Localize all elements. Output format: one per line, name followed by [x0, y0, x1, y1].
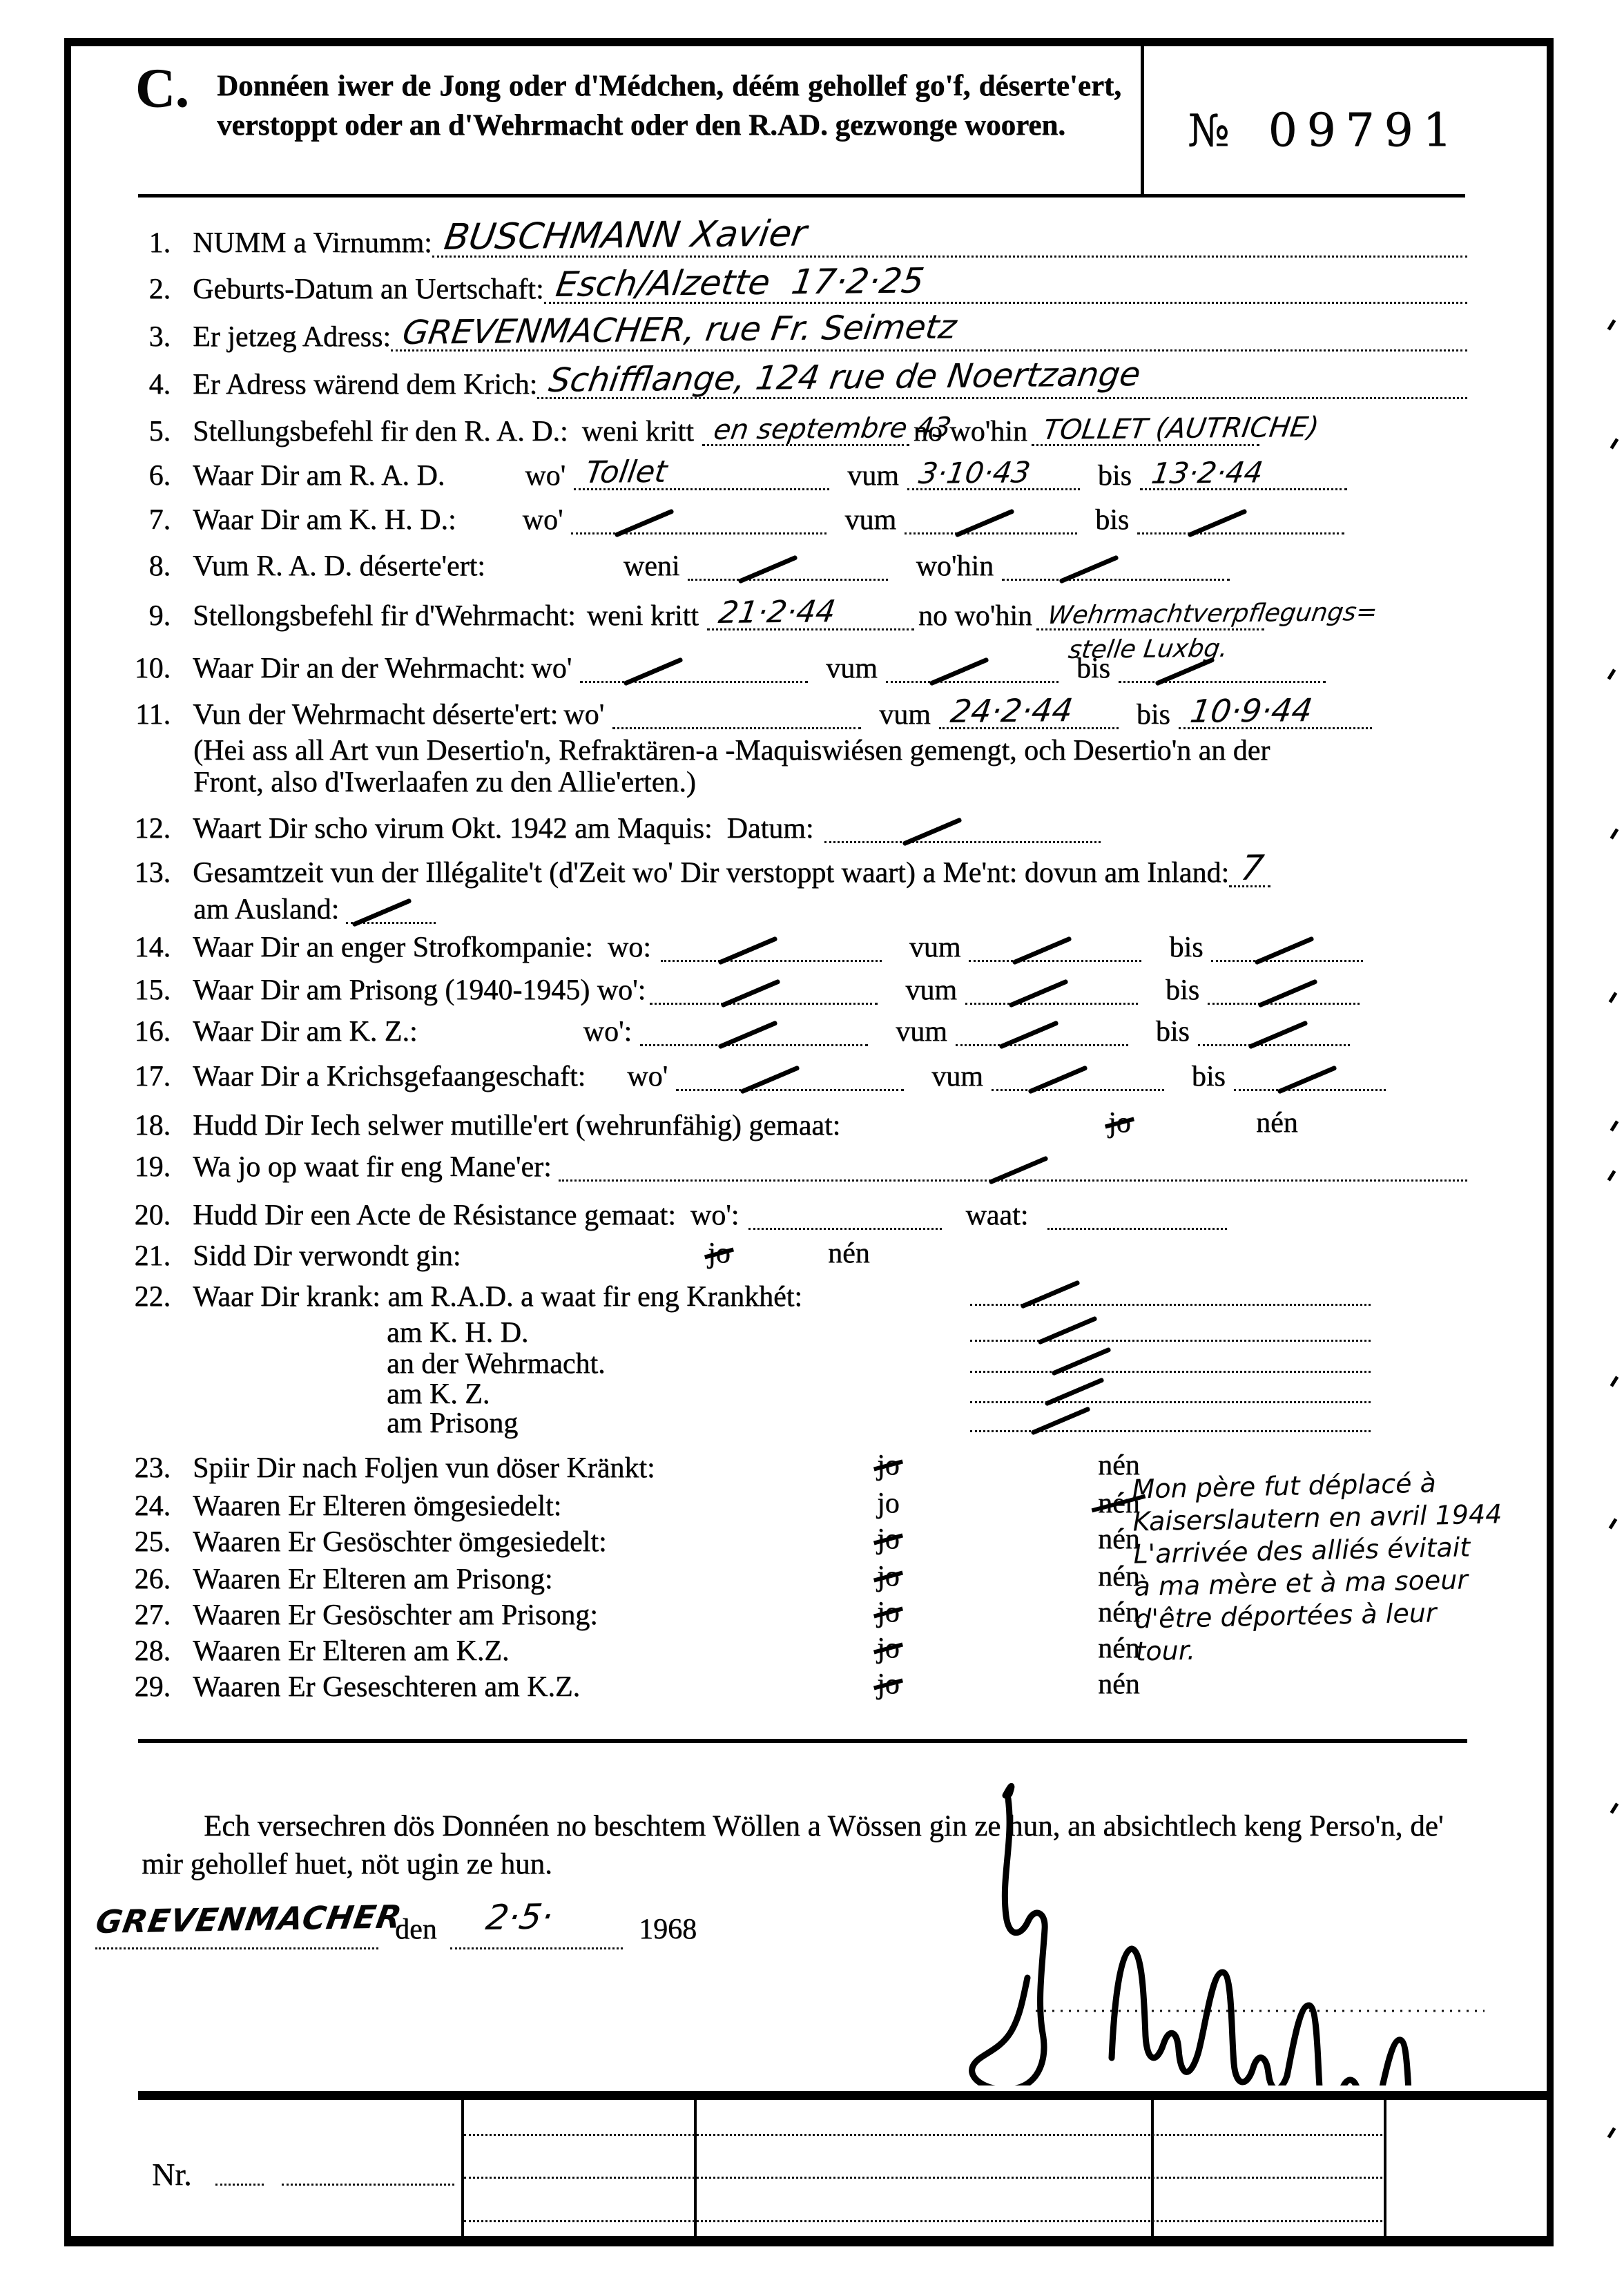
question-row-5: 5.Stellungsbefehl fir den R. A. D.:weni … [128, 407, 1467, 450]
pen-slash-field [969, 928, 1141, 962]
form-subrow: am Prisong [387, 1399, 1467, 1442]
pen-slash [738, 555, 798, 584]
question-number: 7. [128, 501, 171, 539]
inline-print-label: waat: [965, 1197, 1028, 1234]
question-number: 2. [128, 271, 171, 308]
handwritten-entry: TOLLET (AUTRICHE) [1041, 414, 1321, 444]
handwritten-entry: 13·2·44 [1150, 458, 1265, 488]
question-label: NUMM a Virnumm: [193, 224, 432, 262]
footer-table-dotted-row [464, 2134, 1382, 2136]
question-label: Stellongsbefehl fir d'Wehrmacht: [193, 597, 576, 635]
pen-slash [1012, 936, 1072, 965]
question-number: 20. [128, 1197, 171, 1234]
answer-jo: jo [877, 1521, 900, 1558]
inline-print-label: wo': [583, 1013, 632, 1050]
inline-print-label: weni kritt [582, 413, 694, 450]
inline-print-label: weni kritt [587, 597, 699, 635]
pen-slash [902, 817, 963, 846]
pen-slash [1187, 508, 1247, 537]
page-border-left [64, 38, 71, 2246]
dotted-field [748, 1196, 942, 1230]
pen-slash [623, 657, 683, 686]
scan-artifact [1610, 828, 1619, 839]
date-dotted-line [450, 1947, 623, 1949]
question-row-16: 16.Waar Dir am K. Z.:wo':vumbis [128, 1008, 1467, 1050]
answer-jo: jo [877, 1630, 900, 1667]
inline-print-label: bis [1098, 457, 1132, 494]
question-label: Waaren Er Geseschteren am K.Z. [193, 1668, 580, 1706]
inline-print-label: no wo'hin [918, 597, 1032, 635]
answer-nen: nén [828, 1235, 870, 1272]
question-row-20: 20.Hudd Dir een Acte de Résistance gemaa… [128, 1191, 1467, 1234]
inline-print-label: bis [1095, 501, 1129, 539]
inline-print-label: wo' [523, 501, 563, 539]
question-row-2: 2.Geburts-Datum an Uertschaft:Esch/Alzet… [128, 265, 1467, 308]
question-row-19: 19.Wa jo op waat fir eng Mane'er: [128, 1143, 1467, 1186]
scan-artifact [1607, 319, 1616, 330]
question-number: 8. [128, 548, 171, 585]
pen-slash-field [905, 501, 1077, 534]
scan-artifact [1607, 668, 1616, 680]
dotted-field [612, 695, 861, 729]
signature-stroke [972, 1786, 1617, 2085]
inline-print-label: bis [1156, 1013, 1190, 1050]
pen-slash-field [992, 1057, 1164, 1091]
handwritten-entry: BUSCHMANN Xavier [442, 216, 809, 256]
question-row-21: 21.Sidd Dir verwondt gin:jonén [128, 1232, 1467, 1275]
pen-slash-field [1198, 1012, 1350, 1046]
pen-slash [1248, 1020, 1308, 1049]
number-sign: № [1188, 106, 1230, 157]
pen-slash [717, 936, 777, 965]
question-number: 9. [128, 597, 171, 635]
handwritten-field: 21·2·44 [707, 597, 914, 630]
footer-table-divider [694, 2100, 697, 2236]
question-label: am Ausland: [193, 891, 339, 928]
pen-slash-field [1119, 649, 1326, 683]
inline-print-label: bis [1076, 650, 1110, 687]
page-border-top [64, 38, 1554, 46]
answer-nen: nén [1256, 1104, 1298, 1141]
inline-print-label: vum [826, 650, 878, 687]
question-label: am Prisong [387, 1405, 518, 1442]
handwritten-entry: GREVENMACHER, rue Fr. Seimetz [400, 311, 958, 349]
question-row-18: 18.Hudd Dir Iech selwer mutille'ert (weh… [128, 1101, 1467, 1144]
question-row-8: 8.Vum R. A. D. déserte'ert:weniwo'hin [128, 542, 1467, 585]
handwritten-field: Schifflange, 124 rue de Noertzange [537, 365, 1467, 399]
handwritten-entry: Tollet [583, 457, 669, 488]
question-label: Wa jo op waat fir eng Mane'er: [193, 1148, 552, 1186]
scan-artifact [1610, 438, 1619, 449]
margin-note: Mon père fut déplacé à Kaiserslautern en… [1132, 1465, 1505, 1668]
pen-slash [954, 508, 1014, 537]
answer-jo: jo [877, 1666, 900, 1703]
pen-slash-field [970, 1308, 1371, 1342]
answer-jo: jo [877, 1594, 900, 1631]
question-number: 16. [128, 1013, 171, 1050]
inline-print-label: wo'hin [916, 548, 994, 585]
footer-table-dotted-row [464, 2177, 1382, 2179]
footer-table-dotted-row [464, 2220, 1382, 2222]
question-number: 19. [128, 1148, 171, 1186]
pen-slash [615, 508, 675, 537]
scan-artifact [1607, 2127, 1616, 2138]
nr-dotted-line [282, 2184, 454, 2186]
question-row-10: 10.Waar Dir an der Wehrmacht:wo'vumbis [128, 644, 1467, 687]
handwritten-field: 24·2·44 [939, 695, 1119, 729]
pen-slash [739, 1065, 800, 1094]
pen-slash [1027, 1065, 1087, 1094]
dotted-field [1047, 1196, 1227, 1230]
question-row-1: 1.NUMM a Virnumm:BUSCHMANN Xavier [128, 219, 1467, 262]
section-letter: C. [135, 61, 189, 116]
inline-print-label: vum [844, 501, 896, 539]
pen-slash [1257, 979, 1317, 1008]
question-label: Waar Dir a Krichsgefaangeschaft: [193, 1058, 586, 1095]
question-label: Waar Dir am K. Z.: [193, 1013, 418, 1050]
question-label: Waar Dir an der Wehrmacht: [193, 650, 525, 687]
scanned-form-page: { "header": { "section_letter": "C.", "t… [0, 0, 1624, 2283]
handwritten-entry: Esch/Alzette 17·2·25 [554, 263, 927, 302]
answer-jo: jo [877, 1447, 900, 1484]
question-number: 5. [128, 413, 171, 450]
inline-print-label: vum [931, 1058, 983, 1095]
pen-slash [988, 1155, 1048, 1184]
den-label: den [395, 1913, 437, 1946]
question-label: Spiir Dir nach Foljen vun döser Kränkt: [193, 1449, 655, 1487]
inline-print-label: bis [1192, 1058, 1226, 1095]
pen-slash-field [1208, 971, 1360, 1005]
pen-slash-field [640, 1012, 868, 1046]
page-border-bottom [64, 2236, 1554, 2246]
scan-artifact [1610, 1120, 1619, 1131]
pen-slash-field [650, 971, 878, 1005]
question-number: 3. [128, 318, 171, 356]
pen-slash-field [1234, 1057, 1386, 1091]
answer-jo: jo [708, 1235, 731, 1272]
inline-print-label: weni [623, 548, 680, 585]
form-title: Donnéen iwer de Jong oder d'Médchen, déé… [217, 66, 1121, 145]
question-label: Er jetzeg Adress: [193, 318, 391, 356]
scan-artifact [1609, 1518, 1618, 1529]
handwritten-entry: 3·10·43 [917, 458, 1032, 488]
inline-print-label: wo' [531, 650, 572, 687]
question-label: Waar Dir an enger Strofkompanie: wo: [193, 929, 651, 966]
question-number: 29. [128, 1668, 171, 1706]
question-label: Stellungsbefehl fir den R. A. D.: [193, 413, 568, 450]
handwritten-entry: 7 [1239, 851, 1266, 885]
handwritten-field: 3·10·43 [907, 456, 1080, 490]
pen-slash [1020, 1280, 1080, 1309]
form-subrow: am Ausland: [193, 885, 1467, 928]
handwritten-field: 10·9·44 [1179, 695, 1372, 729]
footer-table-divider [1384, 2100, 1386, 2236]
question-number: 1. [128, 224, 171, 262]
pen-slash [1058, 555, 1119, 584]
footer-table-divider [1151, 2100, 1154, 2236]
pen-slash [721, 979, 781, 1008]
pen-slash [929, 657, 989, 686]
handwritten-field: GREVENMACHER, rue Fr. Seimetz [391, 318, 1467, 351]
pen-slash-field [970, 1339, 1371, 1373]
scan-artifact [1607, 1170, 1616, 1181]
nr-label: Nr. [152, 2156, 192, 2193]
pen-slash-field [661, 928, 882, 962]
handwritten-entry: 21·2·44 [717, 597, 838, 628]
pen-slash-field [965, 971, 1138, 1005]
year-label: 1968 [639, 1913, 697, 1946]
answer-nen: nén [1098, 1594, 1140, 1631]
header-rule [138, 194, 1465, 198]
question-label: Sidd Dir verwondt gin: [193, 1237, 461, 1275]
place-dotted-line [95, 1947, 378, 1949]
pen-slash-field [970, 1398, 1371, 1432]
pen-slash [1008, 979, 1068, 1008]
footer-table-top-rule [138, 2091, 1552, 2100]
pen-slash [1255, 936, 1315, 965]
question-number: 18. [128, 1107, 171, 1144]
handwritten-field: Esch/Alzette 17·2·25 [544, 270, 1468, 304]
handwritten-entry: en septembre 43 [712, 414, 953, 444]
question-number: 6. [128, 457, 171, 494]
pen-slash-field [886, 649, 1058, 683]
pen-slash-field [1211, 928, 1363, 962]
question-number: 11. [128, 696, 171, 733]
question-number: 4. [128, 366, 171, 403]
question-label: Vum R. A. D. déserte'ert: [193, 548, 485, 585]
header-divider [1141, 46, 1144, 196]
question-number: 17. [128, 1058, 171, 1095]
question-label: Waar Dir am R. A. D. [193, 457, 445, 494]
form-subrow: Front, also d'Iwerlaafen zu den Allie'er… [193, 758, 1467, 801]
signature [939, 1768, 1624, 2085]
question-number: 12. [128, 810, 171, 847]
question-label: Geburts-Datum an Uertschaft: [193, 271, 544, 308]
handwritten-field: 13·2·44 [1140, 456, 1347, 490]
handwritten-entry: 24·2·44 [949, 694, 1075, 727]
question-row-6: 6.Waar Dir am R. A. D.wo'Tolletvum3·10·4… [128, 452, 1467, 494]
question-row-12: 12.Waart Dir scho virum Okt. 1942 am Maq… [128, 805, 1467, 847]
question-label: Front, also d'Iwerlaafen zu den Allie'er… [193, 764, 696, 801]
inline-print-label: wo' [627, 1058, 668, 1095]
footer-table-divider [461, 2100, 464, 2236]
question-row-29: 29.Waaren Er Geseschteren am K.Z.jonén [128, 1663, 1467, 1706]
question-row-14: 14.Waar Dir an enger Strofkompanie: wo:v… [128, 923, 1467, 966]
question-row-9: 9.Stellongsbefehl fir d'Wehrmacht:weni k… [128, 592, 1467, 635]
form-number-block: №09791 [1188, 104, 1462, 157]
handwritten-date: 2·5· [483, 1896, 556, 1938]
question-label: Waar Dir am K. H. D.: [193, 501, 456, 539]
question-number: 22. [128, 1278, 171, 1316]
pen-slash [717, 1020, 777, 1049]
inline-print-label: vum [896, 1013, 947, 1050]
pen-slash-field [346, 890, 436, 924]
nr-dotted-line [215, 2184, 264, 2186]
question-label: Er Adress wärend dem Krich: [193, 366, 537, 403]
pen-slash-field [559, 1148, 1467, 1182]
answer-jo: jo [877, 1485, 900, 1522]
handwritten-field: TOLLET (AUTRICHE) [1032, 412, 1259, 446]
question-number: 23. [128, 1449, 171, 1487]
question-row-4: 4.Er Adress wärend dem Krich:Schifflange… [128, 360, 1467, 403]
declaration-rule [138, 1739, 1467, 1743]
question-number: 10. [128, 650, 171, 687]
inline-print-label: wo' [525, 457, 565, 494]
handwritten-entry: Wehrmachtverpflegungs= [1046, 600, 1379, 628]
inline-print-label: vum [905, 972, 957, 1009]
question-row-15: 15.Waar Dir am Prisong (1940-1945) wo':v… [128, 966, 1467, 1009]
question-row-3: 3.Er jetzeg Adress:GREVENMACHER, rue Fr.… [128, 313, 1467, 356]
pen-slash-field [956, 1012, 1128, 1046]
pen-slash-field [1137, 501, 1344, 534]
question-number: 15. [128, 972, 171, 1009]
pen-slash-field [571, 501, 826, 534]
pen-slash-field [580, 649, 808, 683]
form-number: 09791 [1268, 104, 1462, 157]
question-label: Waart Dir scho virum Okt. 1942 am Maquis… [193, 810, 813, 847]
question-row-7: 7.Waar Dir am K. H. D.:wo'vumbis [128, 496, 1467, 539]
question-label: Waar Dir am Prisong (1940-1945) wo': [193, 972, 646, 1009]
handwritten-field: Tollet [574, 456, 829, 490]
pen-slash [998, 1020, 1058, 1049]
inline-print-label: bis [1169, 929, 1203, 966]
pen-slash-field [970, 1272, 1371, 1306]
question-label: Hudd Dir Iech selwer mutille'ert (wehrun… [193, 1107, 840, 1144]
handwritten-field: Wehrmachtverpflegungs=stelle Luxbg. [1036, 597, 1264, 630]
question-row-17: 17.Waar Dir a Krichsgefaangeschaft:wo'vu… [128, 1052, 1467, 1095]
inline-print-label: vum [847, 457, 899, 494]
handwritten-entry: Schifflange, 124 rue de Noertzange [547, 358, 1143, 397]
inline-print-label: bis [1166, 972, 1199, 1009]
pen-slash-field [824, 809, 1101, 843]
question-number: 14. [128, 929, 171, 966]
answer-jo: jo [1108, 1104, 1131, 1141]
question-number: 13. [128, 854, 171, 892]
inline-print-label: vum [909, 929, 961, 966]
handwritten-place: GREVENMACHER [93, 1898, 405, 1940]
handwritten-field: en septembre 43 [702, 412, 909, 446]
pen-slash [1030, 1406, 1090, 1435]
pen-slash-field [688, 547, 888, 581]
scan-artifact [1609, 992, 1618, 1003]
pen-slash [1277, 1065, 1337, 1094]
handwritten-entry: 10·9·44 [1188, 694, 1315, 727]
answer-nen: nén [1098, 1666, 1140, 1703]
question-label: Hudd Dir een Acte de Résistance gemaat: … [193, 1197, 739, 1234]
pen-slash [1154, 657, 1215, 686]
handwritten-field: 7 [1229, 854, 1270, 887]
answer-nen: nén [1098, 1630, 1140, 1667]
pen-slash-field [1002, 547, 1230, 581]
scan-artifact [1610, 1376, 1619, 1387]
pen-slash-field [676, 1057, 904, 1091]
handwritten-field: BUSCHMANN Xavier [432, 224, 1467, 258]
question-number: 21. [128, 1237, 171, 1275]
answer-jo: jo [877, 1558, 900, 1595]
